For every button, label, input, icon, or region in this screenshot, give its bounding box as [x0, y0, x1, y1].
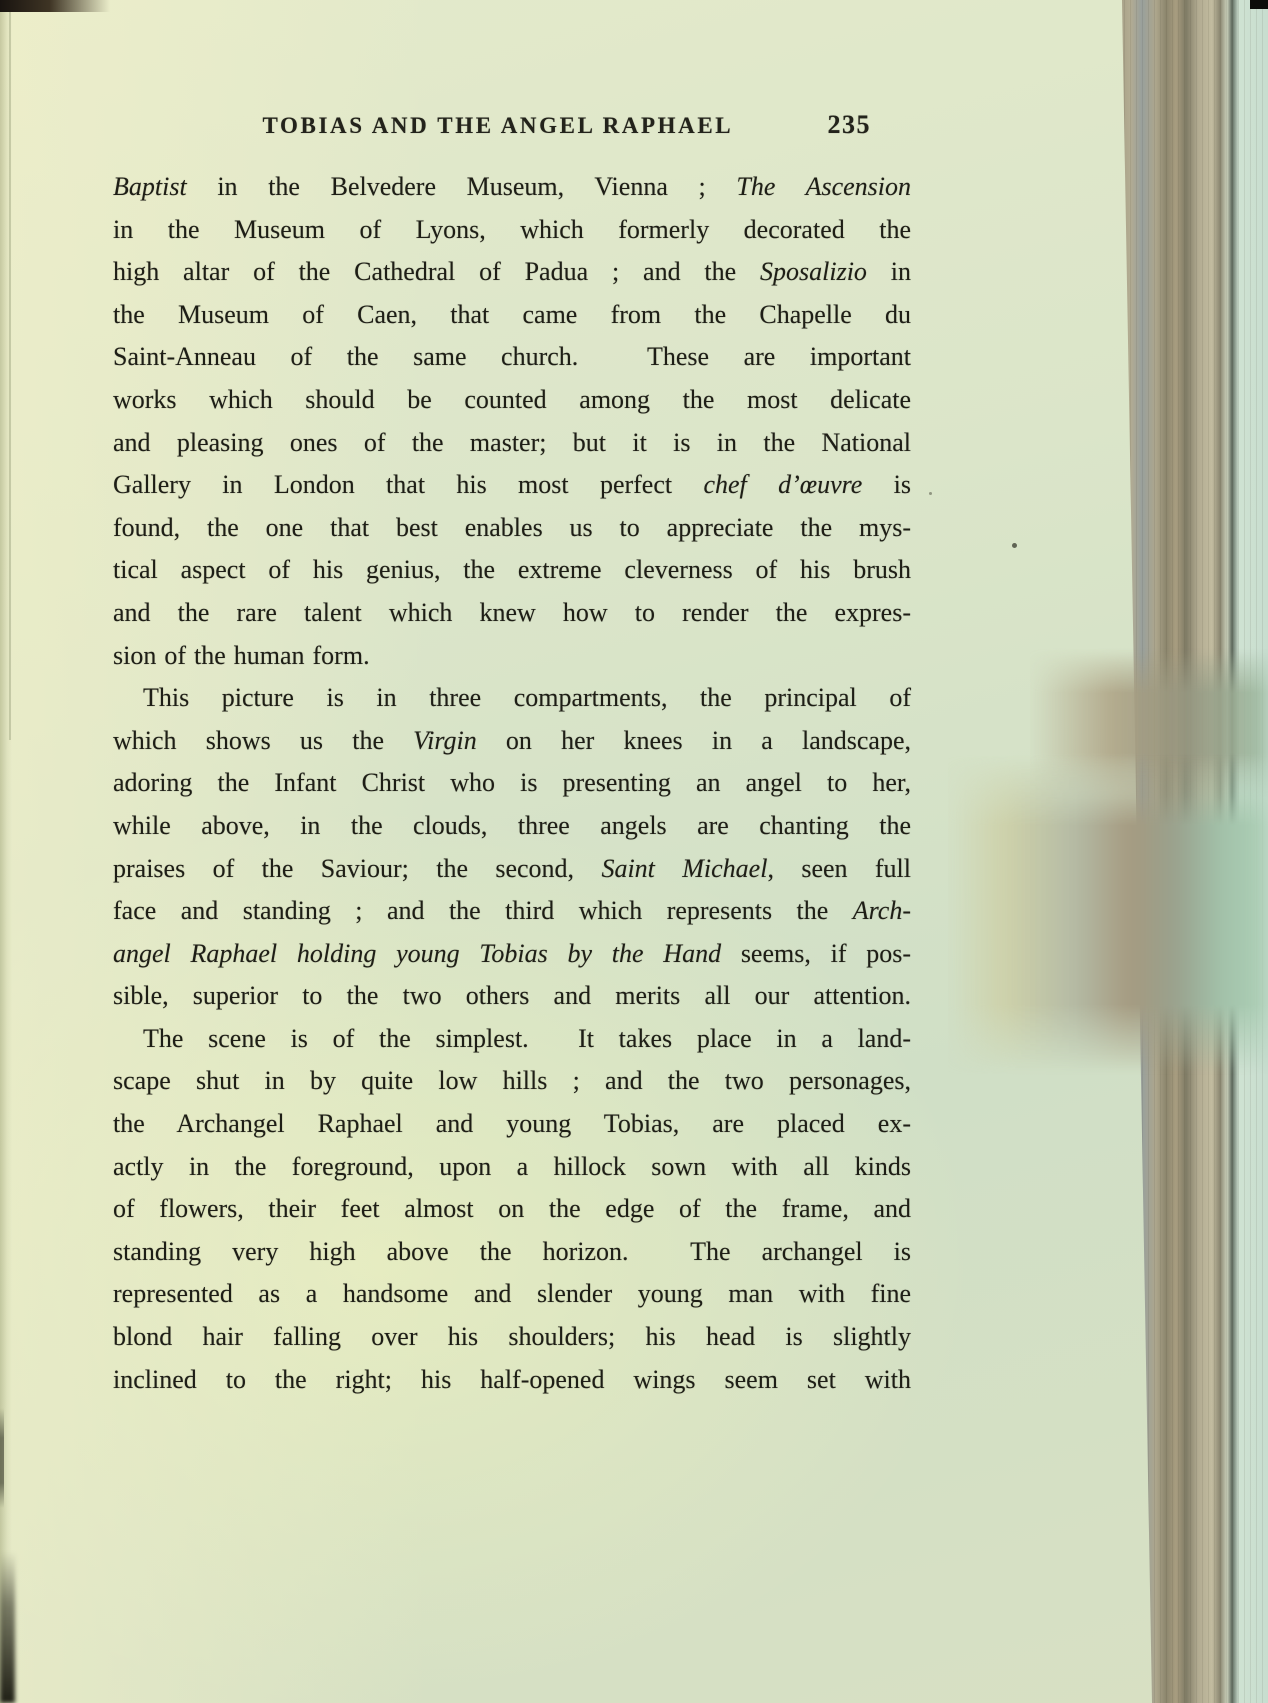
- text-line: standing very high above the horizon. Th…: [113, 1231, 911, 1274]
- text-segment: and pleasing ones of the master; but it …: [113, 428, 911, 457]
- text-segment: in the Belvedere Museum, Vienna ;: [187, 172, 737, 201]
- book-page-scan: { "colors": { "paper_tint": "#dbe5c9", "…: [0, 0, 1268, 1703]
- text-block: Baptist in the Belvedere Museum, Vienna …: [113, 166, 911, 1401]
- text-line: Saint-Anneau of the same church. These a…: [113, 336, 911, 379]
- text-line: This picture is in three compartments, t…: [113, 677, 911, 720]
- text-line: found, the one that best enables us to a…: [113, 507, 911, 550]
- text-line: and pleasing ones of the master; but it …: [113, 422, 911, 465]
- scan-artifact-top-left: [0, 0, 110, 12]
- text-segment: in the Museum of Lyons, which formerly d…: [113, 215, 911, 244]
- text-line: angel Raphael holding young Tobias by th…: [113, 933, 911, 976]
- text-segment: found, the one that best enables us to a…: [113, 513, 911, 542]
- text-segment: praises of the Saviour; the second,: [113, 854, 601, 883]
- text-segment: on her knees in a landscape,: [477, 726, 911, 755]
- text-line: adoring the Infant Christ who is present…: [113, 762, 911, 805]
- text-segment: the Archangel Raphael and young Tobias, …: [113, 1109, 911, 1138]
- text-line: the Museum of Caen, that came from the C…: [113, 294, 911, 337]
- text-segment: Gallery in London that his most perfect: [113, 470, 703, 499]
- scan-artifact-bottom-left: [0, 1552, 15, 1703]
- page-left-crease: [9, 0, 11, 740]
- text-segment: while above, in the clouds, three angels…: [113, 811, 911, 840]
- text-segment: represented as a handsome and slender yo…: [113, 1279, 911, 1308]
- italic-text-segment: Virgin: [413, 726, 477, 755]
- text-line: Baptist in the Belvedere Museum, Vienna …: [113, 166, 911, 209]
- text-segment: inclined to the right; his half-opened w…: [113, 1365, 911, 1394]
- text-segment: The scene is of the simplest. It takes p…: [143, 1024, 911, 1053]
- paragraph: Baptist in the Belvedere Museum, Vienna …: [113, 166, 911, 677]
- text-line: face and standing ; and the third which …: [113, 890, 911, 933]
- text-segment: face and standing ; and the third which …: [113, 896, 853, 925]
- text-line: praises of the Saviour; the second, Sain…: [113, 848, 911, 891]
- italic-text-segment: chef d’œuvre: [703, 470, 862, 499]
- fore-edge-blur-band: [948, 755, 1268, 1075]
- text-segment: Saint-Anneau of the same church. These a…: [113, 342, 911, 371]
- text-segment: scape shut in by quite low hills ; and t…: [113, 1066, 911, 1095]
- text-segment: actly in the foreground, upon a hillock …: [113, 1152, 911, 1181]
- text-segment: standing very high above the horizon. Th…: [113, 1237, 911, 1266]
- text-segment: the Museum of Caen, that came from the C…: [113, 300, 911, 329]
- paper-speck: [929, 492, 932, 495]
- text-line: which shows us the Virgin on her knees i…: [113, 720, 911, 763]
- italic-text-segment: Arch-: [853, 896, 911, 925]
- text-line: Gallery in London that his most perfect …: [113, 464, 911, 507]
- text-segment: sion of the human form.: [113, 641, 370, 670]
- text-line: high altar of the Cathedral of Padua ; a…: [113, 251, 911, 294]
- text-line: the Archangel Raphael and young Tobias, …: [113, 1103, 911, 1146]
- text-segment: in: [867, 257, 911, 286]
- text-line: and the rare talent which knew how to re…: [113, 592, 911, 635]
- text-line: blond hair falling over his shoulders; h…: [113, 1316, 911, 1359]
- text-line: scape shut in by quite low hills ; and t…: [113, 1060, 911, 1103]
- italic-text-segment: Sposalizio: [760, 257, 867, 286]
- text-line: in the Museum of Lyons, which formerly d…: [113, 209, 911, 252]
- text-segment: which shows us the: [113, 726, 413, 755]
- text-segment: seems, if pos-: [721, 939, 911, 968]
- text-line: tical aspect of his genius, the extreme …: [113, 549, 911, 592]
- text-segment: and the rare talent which knew how to re…: [113, 598, 911, 627]
- text-line: sible, superior to the two others and me…: [113, 975, 911, 1018]
- text-segment: is: [862, 470, 911, 499]
- scan-artifact-top-right: [1250, 0, 1268, 9]
- text-line: actly in the foreground, upon a hillock …: [113, 1146, 911, 1189]
- paragraph: The scene is of the simplest. It takes p…: [113, 1018, 911, 1401]
- scan-artifact-left-dashes: [0, 1408, 4, 1508]
- italic-text-segment: angel Raphael holding young Tobias by th…: [113, 939, 721, 968]
- text-segment: works which should be counted among the …: [113, 385, 911, 414]
- text-segment: , seen full: [767, 854, 911, 883]
- text-segment: blond hair falling over his shoulders; h…: [113, 1322, 911, 1351]
- text-line: of flowers, their feet almost on the edg…: [113, 1188, 911, 1231]
- text-segment: high altar of the Cathedral of Padua ; a…: [113, 257, 760, 286]
- text-segment: tical aspect of his genius, the extreme …: [113, 555, 911, 584]
- page-number: 235: [828, 110, 872, 140]
- text-segment: of flowers, their feet almost on the edg…: [113, 1194, 911, 1223]
- text-segment: adoring the Infant Christ who is present…: [113, 768, 911, 797]
- text-line: The scene is of the simplest. It takes p…: [113, 1018, 911, 1061]
- text-segment: sible, superior to the two others and me…: [113, 981, 911, 1010]
- paragraph: This picture is in three compartments, t…: [113, 677, 911, 1018]
- text-line: inclined to the right; his half-opened w…: [113, 1359, 911, 1402]
- italic-text-segment: Baptist: [113, 172, 187, 201]
- text-line: while above, in the clouds, three angels…: [113, 805, 911, 848]
- paper-speck: [1012, 543, 1017, 548]
- italic-text-segment: Saint Michael: [601, 854, 767, 883]
- page-header: TOBIAS AND THE ANGEL RAPHAEL 235: [113, 113, 911, 149]
- text-line: represented as a handsome and slender yo…: [113, 1273, 911, 1316]
- running-title: TOBIAS AND THE ANGEL RAPHAEL: [263, 113, 734, 139]
- text-line: sion of the human form.: [113, 635, 911, 678]
- text-line: works which should be counted among the …: [113, 379, 911, 422]
- text-segment: This picture is in three compartments, t…: [143, 683, 911, 712]
- italic-text-segment: The Ascension: [736, 172, 911, 201]
